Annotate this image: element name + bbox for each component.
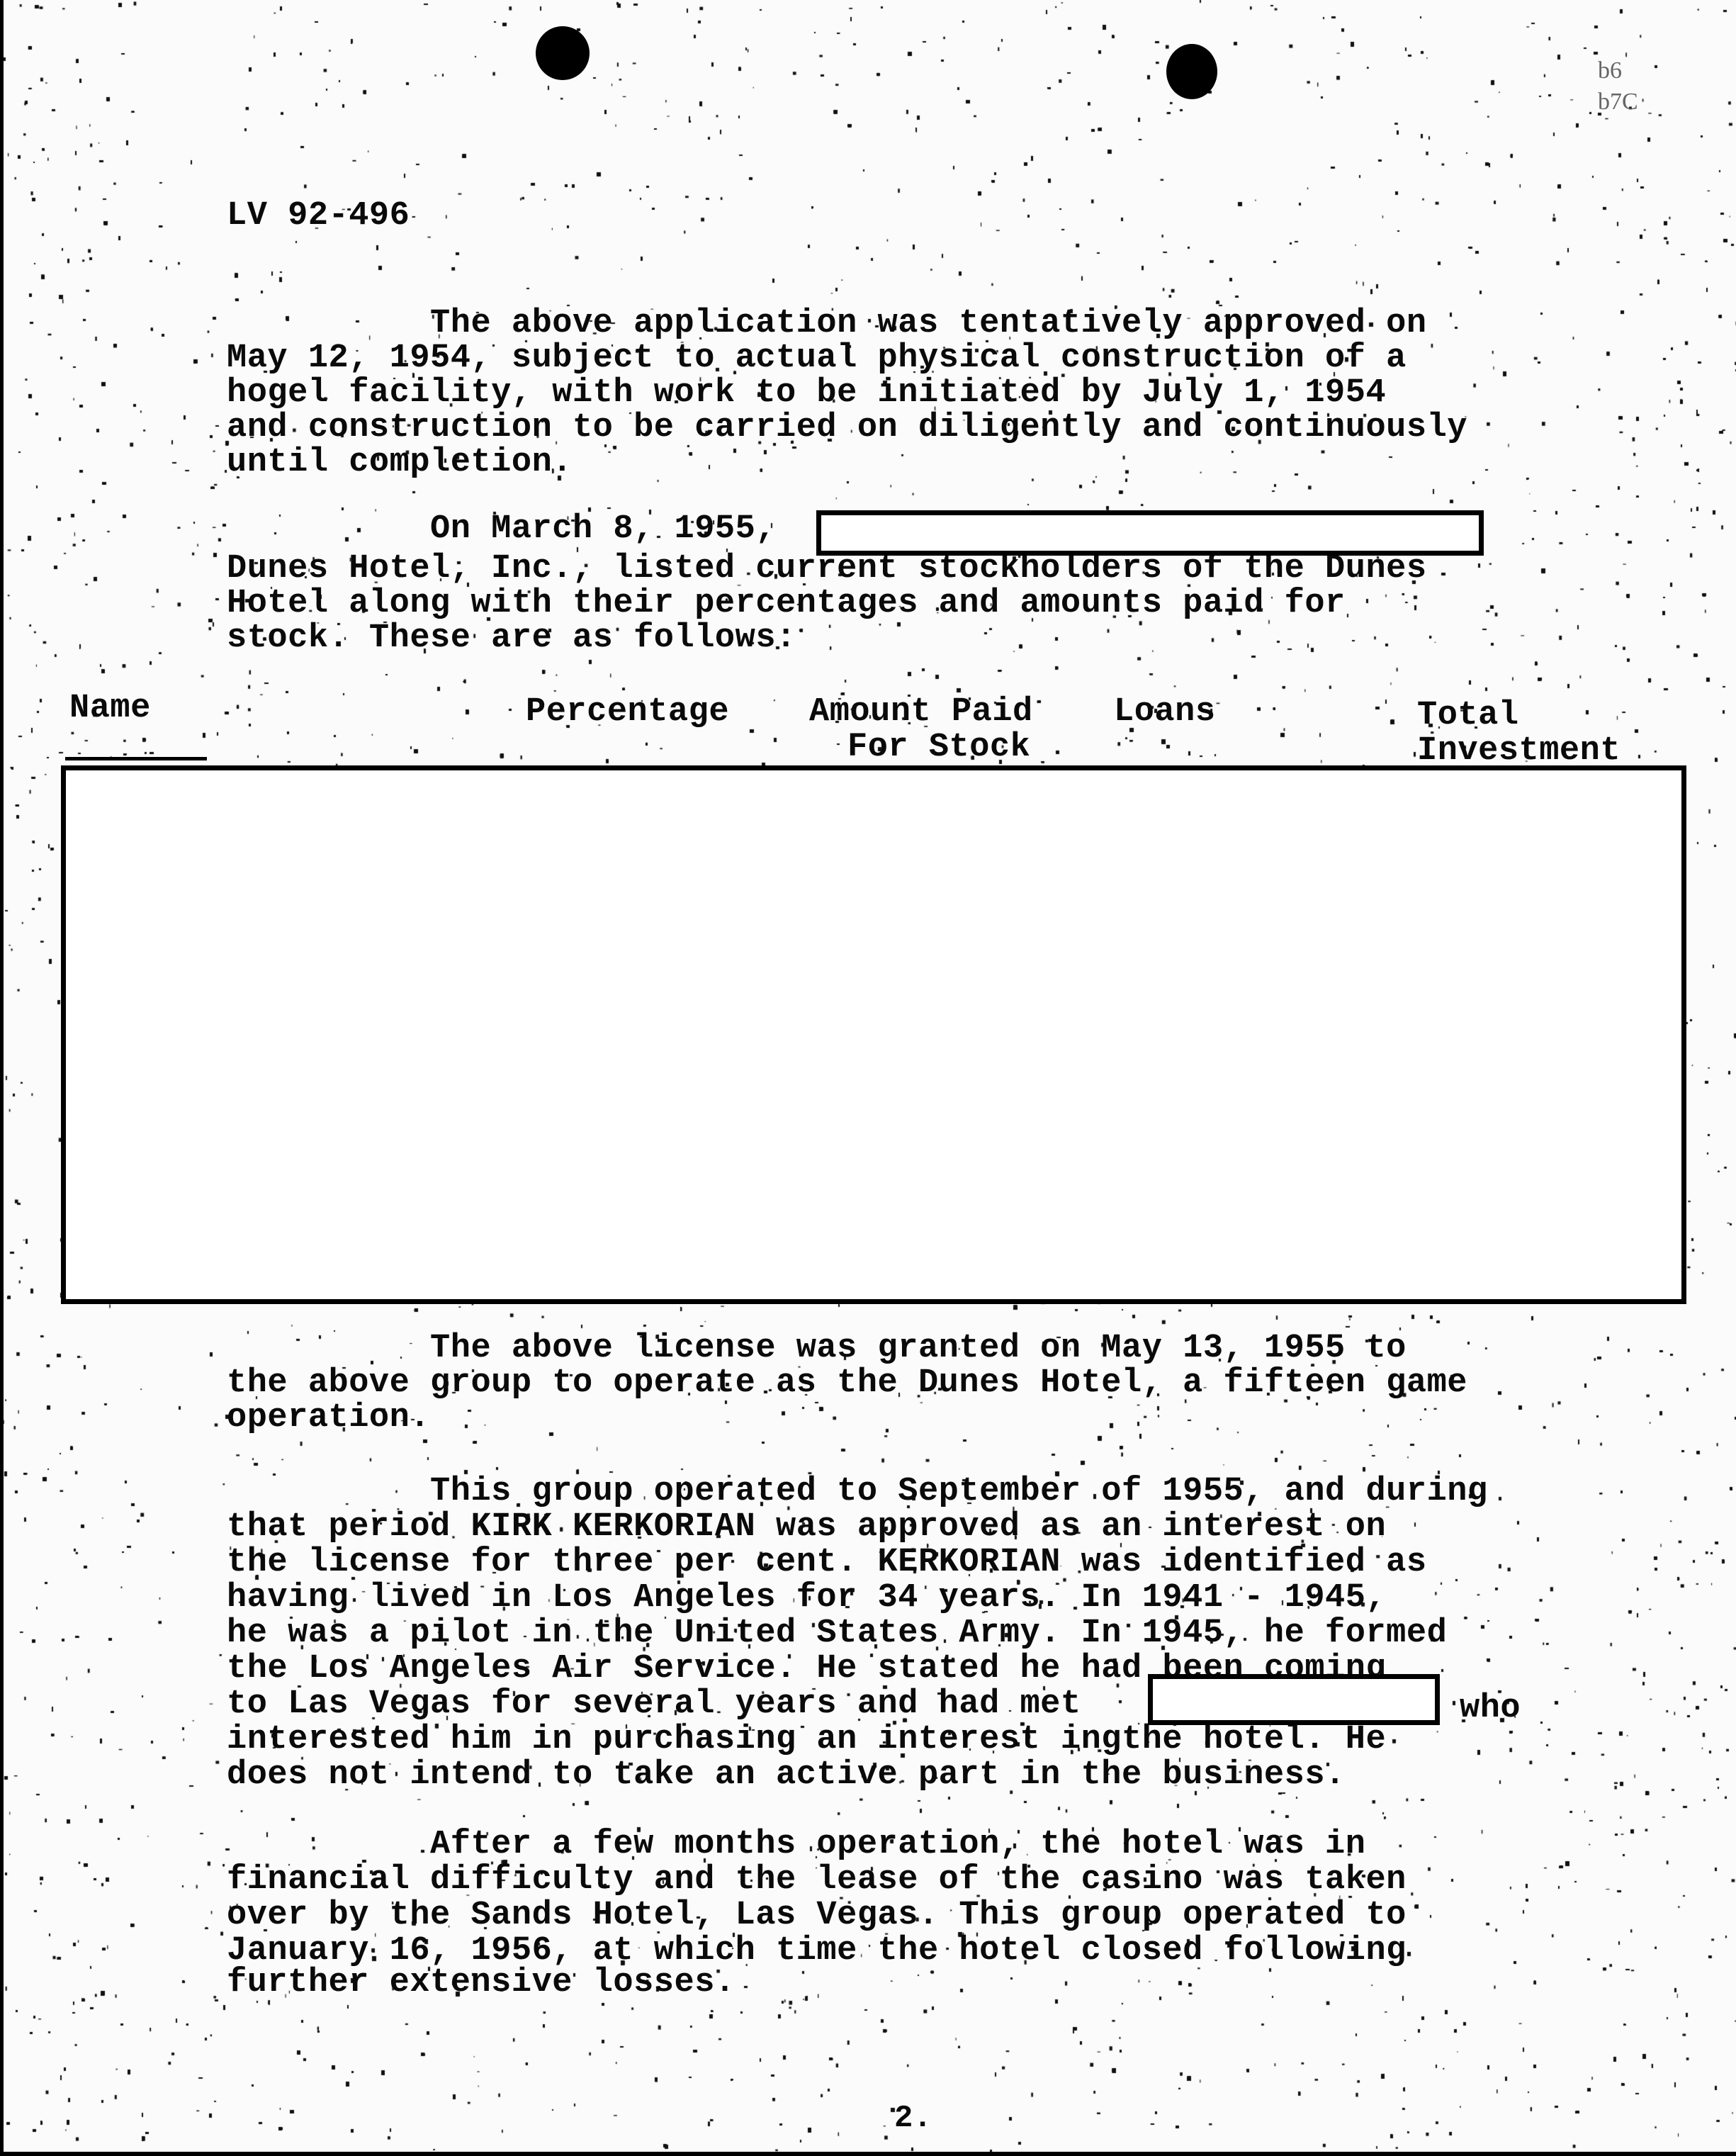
paragraph-line: that period KIRK KERKORIAN was approved … [227,1510,1386,1544]
paragraph-line: Dunes Hotel, Inc., listed current stockh… [227,551,1427,586]
table-header-underline [65,757,207,760]
paragraph-line: interested him in purchasing an interest… [227,1722,1386,1757]
paragraph-line: The above license was granted on May 13,… [227,1331,1407,1366]
paragraph-line: further extensive losses. [227,1965,735,2000]
column-header-total-line2: Investment [1417,734,1621,768]
bottom-edge [0,2152,1736,2156]
paragraph-line: does not intend to take an active part i… [227,1758,1346,1792]
paragraph-line: the license for three per cent. KERKORIA… [227,1545,1427,1580]
paragraph-line: financial difficulty and the lease of th… [227,1863,1407,1897]
paragraph-line: the above group to operate as the Dunes … [227,1366,1467,1400]
column-header-loans: Loans [1114,695,1216,729]
column-header-total: Total [1417,698,1519,733]
paragraph-line: to Las Vegas for several years and had m… [227,1687,1081,1722]
file-number: LV 92-496 [227,198,410,233]
paragraph-line: stock. These are as follows: [227,621,796,656]
scan-edge [0,0,4,2156]
punch-hole-right [1166,44,1217,99]
exemption-codes: b6 b7C [1598,55,1638,118]
paragraph-line: having lived in Los Angeles for 34 years… [227,1580,1386,1615]
paragraph-line: After a few months operation, the hotel … [227,1827,1365,1862]
paragraph-line: May 12, 1954, subject to actual physical… [227,341,1407,376]
paragraph-line: until completion. [227,445,573,480]
page-number: 2. [894,2101,932,2136]
paragraph-line: The above application was tentatively ap… [227,306,1427,341]
paragraph-line: he was a pilot in the United States Army… [227,1616,1447,1651]
redaction-box-contact [1148,1674,1440,1725]
paragraph-line: Hotel along with their percentages and a… [227,586,1346,621]
paragraph-line: over by the Sands Hotel, Las Vegas. This… [227,1898,1407,1933]
exemption-code-b7c: b7C [1598,86,1638,118]
exemption-code-b6: b6 [1598,55,1638,86]
paragraph-line-who: who [1460,1691,1521,1726]
paragraph-line: operation. [227,1400,430,1435]
paragraph-line: hogel facility, with work to be initiate… [227,376,1386,410]
column-header-percentage: Percentage [526,695,729,729]
column-header-amount-paid: Amount Paid [809,695,1033,729]
paragraph-line: On March 8, 1955, [227,512,776,546]
punch-hole-left [536,26,590,80]
redaction-box-stockholder-table [61,765,1686,1304]
redaction-box-name [816,510,1484,556]
column-header-name: Name [69,691,151,726]
paragraph-line: This group operated to September of 1955… [227,1474,1488,1509]
paragraph-line: and construction to be carried on dilige… [227,410,1467,445]
column-header-amount-paid-line2: For Stock [847,730,1030,765]
paragraph-line: January 16, 1956, at which time the hote… [227,1933,1407,1968]
